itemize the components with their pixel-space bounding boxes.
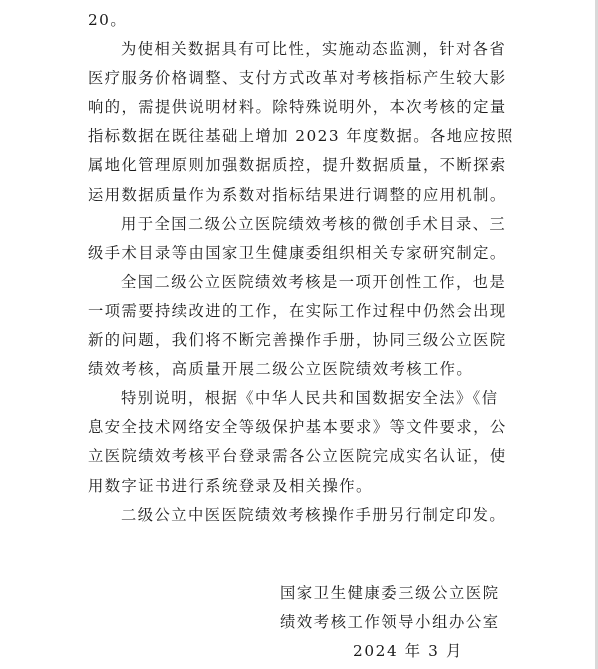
text-line: 绩效考核，高质量开展二级公立医院绩效考核工作。 bbox=[88, 355, 512, 384]
text-line: 指标数据在既往基础上增加 2023 年度数据。各地应按照 bbox=[88, 122, 512, 151]
text-line: 一项需要持续改进的工作，在实际工作过程中仍然会出现 bbox=[88, 297, 512, 326]
paragraph-start-line: 用于全国二级公立医院绩效考核的微创手术目录、三 bbox=[88, 210, 512, 239]
text-line: 息安全技术网络安全等级保护基本要求》等文件要求，公 bbox=[88, 413, 512, 442]
text-line: 级手术目录等由国家卫生健康委组织相关专家研究制定。 bbox=[88, 239, 512, 268]
paragraph-start-line: 二级公立中医医院绩效考核操作手册另行制定印发。 bbox=[88, 501, 512, 530]
paragraph-start-line: 全国二级公立医院绩效考核是一项开创性工作，也是 bbox=[88, 268, 512, 297]
text-line: 用数字证书进行系统登录及相关操作。 bbox=[88, 472, 512, 501]
paragraph-start-line: 为使相关数据具有可比性，实施动态监测，针对各省 bbox=[88, 35, 512, 64]
signature-org-line-2: 绩效考核工作领导小组办公室 bbox=[280, 608, 520, 637]
text-line: 响的，需提供说明材料。除特殊说明外，本次考核的定量 bbox=[88, 93, 512, 122]
text-line: 医疗服务价格调整、支付方式改革对考核指标产生较大影 bbox=[88, 64, 512, 93]
text-line: 属地化管理原则加强数据质控，提升数据质量，不断探索 bbox=[88, 151, 512, 180]
paragraph-start-line: 特别说明，根据《中华人民共和国数据安全法》《信 bbox=[88, 384, 512, 413]
signature-block: 国家卫生健康委三级公立医院 绩效考核工作领导小组办公室 2024 年 3 月 bbox=[280, 579, 520, 666]
text-line: 立医院绩效考核平台登录需各公立医院完成实名认证，使 bbox=[88, 442, 512, 471]
text-line: 20。 bbox=[88, 6, 512, 35]
signature-org-line-1: 国家卫生健康委三级公立医院 bbox=[280, 579, 520, 608]
text-line: 运用数据质量作为系数对指标结果进行调整的应用机制。 bbox=[88, 181, 512, 210]
document-body: 20。 为使相关数据具有可比性，实施动态监测，针对各省 医疗服务价格调整、支付方… bbox=[88, 6, 512, 530]
text-line: 新的问题，我们将不断完善操作手册，协同三级公立医院 bbox=[88, 326, 512, 355]
signature-date: 2024 年 3 月 bbox=[280, 637, 520, 666]
